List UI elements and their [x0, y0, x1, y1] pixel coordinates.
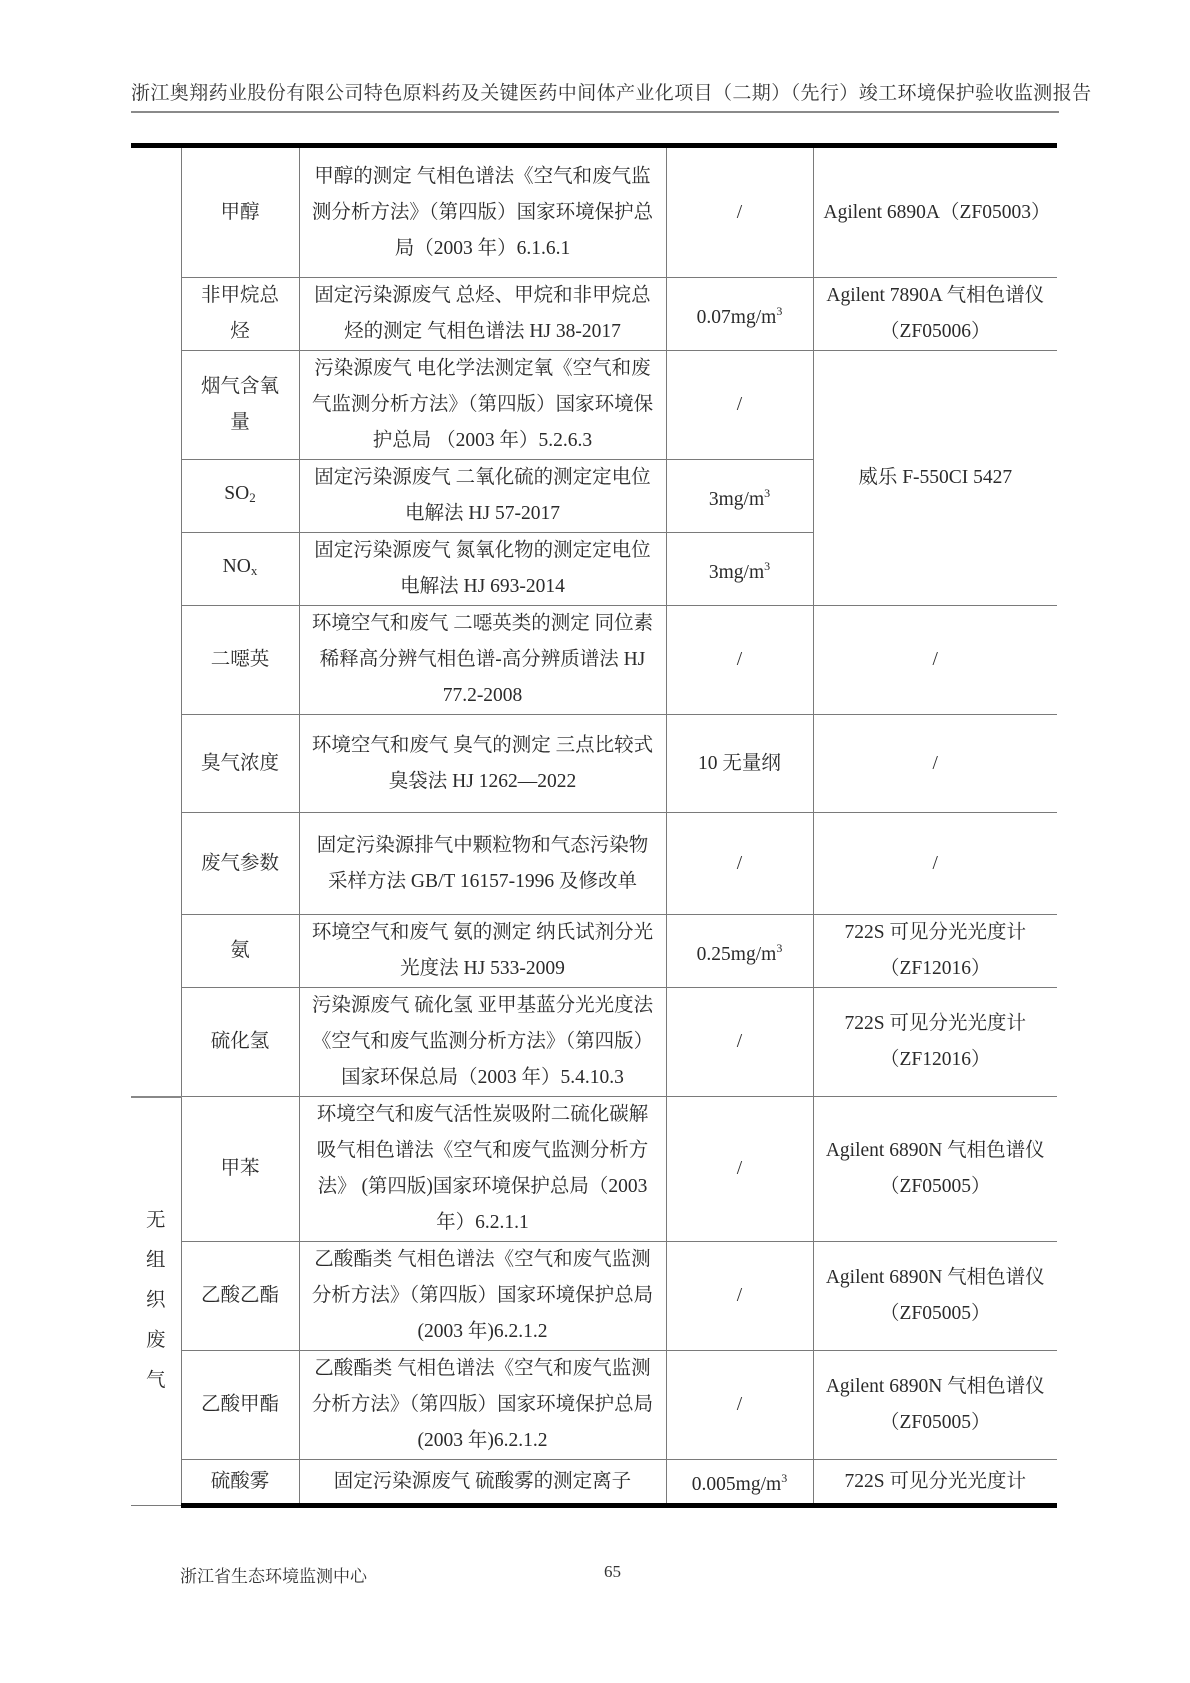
limit-value: 3mg/m: [709, 562, 764, 583]
item-label: SO: [224, 483, 249, 504]
category-cell-organized: [131, 146, 181, 1097]
instrument-cell: /: [813, 715, 1057, 813]
limit-superscript: 3: [764, 559, 770, 573]
category-char: 无: [131, 1201, 181, 1241]
item-cell: 臭气浓度: [181, 715, 299, 813]
table-row: 硫化氢 污染源废气 硫化氢 亚甲基蓝分光光度法《空气和废气监测分析方法》（第四版…: [131, 988, 1057, 1097]
instrument-cell: Agilent 7890A 气相色谱仪（ZF05006）: [813, 278, 1057, 351]
category-char: 废: [131, 1321, 181, 1361]
method-cell: 固定污染源废气 总烃、甲烷和非甲烷总烃的测定 气相色谱法 HJ 38-2017: [299, 278, 666, 351]
item-cell: 乙酸甲酯: [181, 1351, 299, 1460]
limit-cell: 10 无量纲: [666, 715, 813, 813]
limit-superscript: 3: [764, 486, 770, 500]
table-row: 烟气含氧量 污染源废气 电化学法测定氧《空气和废气监测分析方法》（第四版）国家环…: [131, 351, 1057, 460]
table-row: 甲醇 甲醇的测定 气相色谱法《空气和废气监测分析方法》（第四版）国家环境保护总局…: [131, 146, 1057, 278]
limit-value: 0.25mg/m: [697, 944, 777, 965]
method-cell: 甲醇的测定 气相色谱法《空气和废气监测分析方法》（第四版）国家环境保护总局（20…: [299, 146, 666, 278]
method-cell: 环境空气和废气 氨的测定 纳氏试剂分光光度法 HJ 533-2009: [299, 915, 666, 988]
method-cell: 环境空气和废气 二噁英类的测定 同位素稀释高分辨气相色谱-高分辨质谱法 HJ 7…: [299, 606, 666, 715]
footer-organization: 浙江省生态环境监测中心: [180, 1562, 367, 1587]
method-cell: 污染源废气 电化学法测定氧《空气和废气监测分析方法》（第四版）国家环境保护总局 …: [299, 351, 666, 460]
limit-cell: 3mg/m3: [666, 533, 813, 606]
limit-cell: 0.005mg/m3: [666, 1460, 813, 1506]
item-cell: 氨: [181, 915, 299, 988]
limit-value: 0.07mg/m: [697, 307, 777, 328]
table-row: 氨 环境空气和废气 氨的测定 纳氏试剂分光光度法 HJ 533-2009 0.2…: [131, 915, 1057, 988]
instrument-cell: Agilent 6890A（ZF05003）: [813, 146, 1057, 278]
method-cell: 固定污染源废气 二氧化硫的测定定电位电解法 HJ 57-2017: [299, 460, 666, 533]
limit-cell: /: [666, 988, 813, 1097]
instrument-cell: 722S 可见分光光度计（ZF12016）: [813, 988, 1057, 1097]
item-cell: 烟气含氧量: [181, 351, 299, 460]
instrument-cell: 722S 可见分光光度计（ZF12016）: [813, 915, 1057, 988]
instrument-cell: 722S 可见分光光度计: [813, 1460, 1057, 1506]
item-subscript: 2: [249, 490, 256, 505]
page-number: 65: [604, 1562, 621, 1582]
item-label: NO: [223, 556, 251, 577]
method-cell: 环境空气和废气活性炭吸附二硫化碳解吸气相色谱法《空气和废气监测分析方法》 (第四…: [299, 1097, 666, 1242]
item-cell: 二噁英: [181, 606, 299, 715]
table-row: 乙酸甲酯 乙酸酯类 气相色谱法《空气和废气监测分析方法》（第四版）国家环境保护总…: [131, 1351, 1057, 1460]
limit-superscript: 3: [776, 941, 782, 955]
category-char: 组: [131, 1241, 181, 1281]
category-cell-fugitive-gas: 无 组 织 废 气: [131, 1097, 181, 1506]
method-cell: 乙酸酯类 气相色谱法《空气和废气监测分析方法》（第四版）国家环境保护总局 (20…: [299, 1351, 666, 1460]
item-cell: 硫酸雾: [181, 1460, 299, 1506]
limit-cell: /: [666, 146, 813, 278]
table-row: 硫酸雾 固定污染源废气 硫酸雾的测定离子 0.005mg/m3 722S 可见分…: [131, 1460, 1057, 1506]
limit-cell: /: [666, 606, 813, 715]
item-cell: 乙酸乙酯: [181, 1242, 299, 1351]
limit-cell: 0.07mg/m3: [666, 278, 813, 351]
item-cell: NOx: [181, 533, 299, 606]
table-row: 臭气浓度 环境空气和废气 臭气的测定 三点比较式臭袋法 HJ 1262—2022…: [131, 715, 1057, 813]
item-cell: SO2: [181, 460, 299, 533]
limit-superscript: 3: [776, 304, 782, 318]
instrument-cell: Agilent 6890N 气相色谱仪（ZF05005）: [813, 1351, 1057, 1460]
item-cell: 非甲烷总烃: [181, 278, 299, 351]
limit-cell: /: [666, 1097, 813, 1242]
instrument-cell: Agilent 6890N 气相色谱仪（ZF05005）: [813, 1242, 1057, 1351]
method-cell: 固定污染源排气中颗粒物和气态污染物采样方法 GB/T 16157-1996 及修…: [299, 813, 666, 915]
limit-cell: /: [666, 1351, 813, 1460]
limit-value: 3mg/m: [709, 489, 764, 510]
item-subscript: x: [251, 563, 258, 578]
header-rule: [131, 111, 1059, 113]
limit-superscript: 3: [781, 1471, 787, 1485]
instrument-cell: Agilent 6890N 气相色谱仪（ZF05005）: [813, 1097, 1057, 1242]
running-header-title: 浙江奥翔药业股份有限公司特色原料药及关键医药中间体产业化项目（二期）（先行）竣工…: [131, 78, 1061, 105]
method-cell: 固定污染源废气 氮氧化物的测定定电位电解法 HJ 693-2014: [299, 533, 666, 606]
table-row: 非甲烷总烃 固定污染源废气 总烃、甲烷和非甲烷总烃的测定 气相色谱法 HJ 38…: [131, 278, 1057, 351]
item-cell: 甲醇: [181, 146, 299, 278]
item-cell: 甲苯: [181, 1097, 299, 1242]
instrument-cell: /: [813, 606, 1057, 715]
method-table: 甲醇 甲醇的测定 气相色谱法《空气和废气监测分析方法》（第四版）国家环境保护总局…: [131, 143, 1057, 1508]
method-cell: 固定污染源废气 硫酸雾的测定离子: [299, 1460, 666, 1506]
limit-cell: /: [666, 1242, 813, 1351]
instrument-cell: 威乐 F-550CI 5427: [813, 351, 1057, 606]
method-cell: 环境空气和废气 臭气的测定 三点比较式臭袋法 HJ 1262—2022: [299, 715, 666, 813]
method-cell: 乙酸酯类 气相色谱法《空气和废气监测分析方法》（第四版）国家环境保护总局(200…: [299, 1242, 666, 1351]
item-cell: 废气参数: [181, 813, 299, 915]
limit-value: 0.005mg/m: [692, 1474, 781, 1495]
table-row: 废气参数 固定污染源排气中颗粒物和气态污染物采样方法 GB/T 16157-19…: [131, 813, 1057, 915]
table-row: 乙酸乙酯 乙酸酯类 气相色谱法《空气和废气监测分析方法》（第四版）国家环境保护总…: [131, 1242, 1057, 1351]
limit-cell: /: [666, 351, 813, 460]
limit-cell: 3mg/m3: [666, 460, 813, 533]
category-char: 织: [131, 1281, 181, 1321]
instrument-cell: /: [813, 813, 1057, 915]
table-row: 二噁英 环境空气和废气 二噁英类的测定 同位素稀释高分辨气相色谱-高分辨质谱法 …: [131, 606, 1057, 715]
limit-cell: /: [666, 813, 813, 915]
method-cell: 污染源废气 硫化氢 亚甲基蓝分光光度法《空气和废气监测分析方法》（第四版）国家环…: [299, 988, 666, 1097]
item-cell: 硫化氢: [181, 988, 299, 1097]
category-char: 气: [131, 1361, 181, 1401]
table-row: 无 组 织 废 气 甲苯 环境空气和废气活性炭吸附二硫化碳解吸气相色谱法《空气和…: [131, 1097, 1057, 1242]
limit-cell: 0.25mg/m3: [666, 915, 813, 988]
